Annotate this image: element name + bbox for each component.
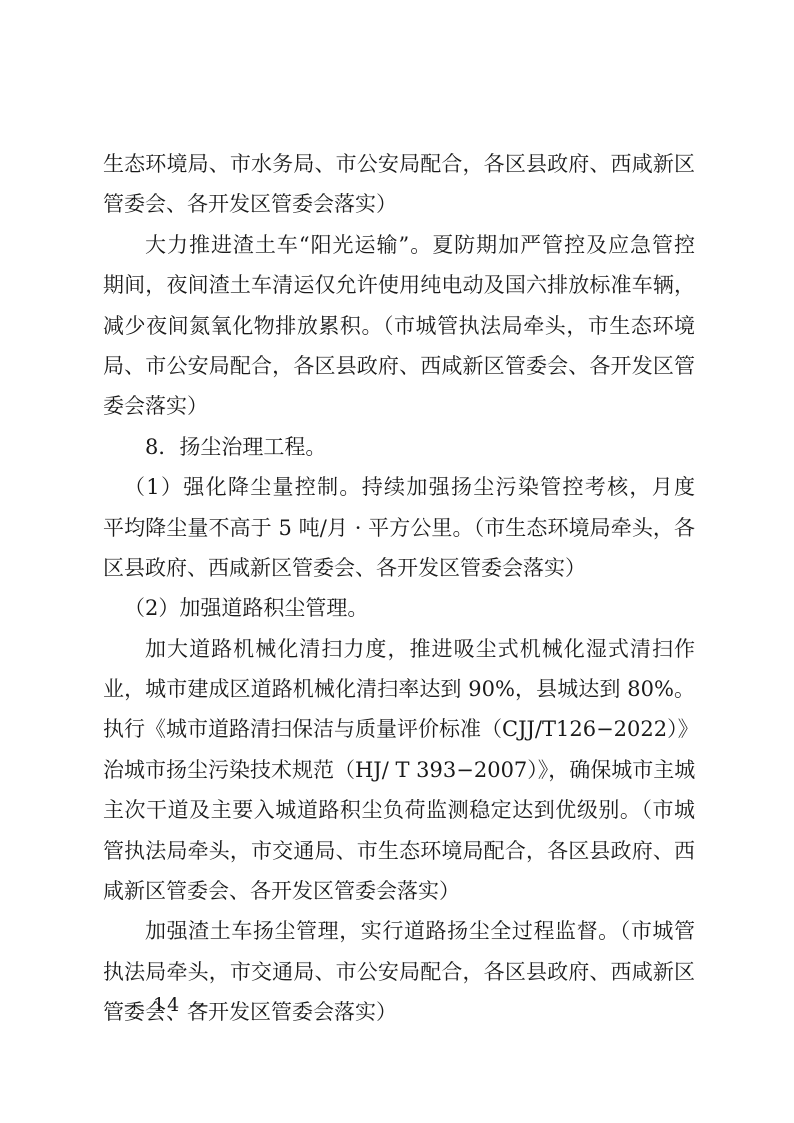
text-line: 执法局牵头，市交通局、市公安局配合，各区县政府、西咸新区	[103, 952, 695, 992]
text-line: 业，城市建成区道路机械化清扫率达到 90%，县城达到 80%。	[103, 669, 695, 709]
paragraph-item-1: （1）强化降尘量控制。持续加强扬尘污染管控考核，月度 平均降尘量不高于 5 吨/…	[103, 467, 695, 588]
text-line: 平均降尘量不高于 5 吨/月 · 平方公里。（市生态环境局牵头，各	[103, 508, 695, 548]
text-line: 委会落实）	[103, 386, 695, 426]
text-line: 区县政府、西咸新区管委会、各开发区管委会落实）	[103, 548, 695, 588]
text-line: 期间，夜间渣土车清运仅允许使用纯电动及国六排放标准车辆，	[103, 265, 695, 305]
text-line: 管执法局牵头，市交通局、市生态环境局配合，各区县政府、西	[103, 831, 695, 871]
text-line: 主次干道及主要入城道路积尘负荷监测稳定达到优级别。（市城	[103, 790, 695, 830]
page-number: — 14 —	[124, 994, 210, 1016]
subheading-text: （2）加强道路积尘管理。	[103, 588, 695, 628]
paragraph-road-cleaning: 加大道路机械化清扫力度，推进吸尘式机械化湿式清扫作 业，城市建成区道路机械化清扫…	[103, 629, 695, 912]
text-line: 生态环境局、市水务局、市公安局配合，各区县政府、西咸新区	[103, 144, 695, 184]
section-heading: 8．扬尘治理工程。	[103, 427, 695, 467]
text-line: （1）强化降尘量控制。持续加强扬尘污染管控考核，月度	[103, 467, 695, 507]
document-page: 生态环境局、市水务局、市公安局配合，各区县政府、西咸新区 管委会、各开发区管委会…	[103, 144, 695, 1033]
text-line: 咸新区管委会、各开发区管委会落实）	[103, 871, 695, 911]
paragraph-sunshine-transport: 大力推进渣土车“阳光运输”。夏防期加严管控及应急管控 期间，夜间渣土车清运仅允许…	[103, 225, 695, 427]
paragraph-continuation: 生态环境局、市水务局、市公安局配合，各区县政府、西咸新区 管委会、各开发区管委会…	[103, 144, 695, 225]
paragraph-item-2: （2）加强道路积尘管理。	[103, 588, 695, 628]
text-line: 加强渣土车扬尘管理，实行道路扬尘全过程监督。（市城管	[103, 911, 695, 951]
heading-text: 8．扬尘治理工程。	[103, 427, 695, 467]
text-line: 治城市扬尘污染技术规范（HJ/ T 393−2007）》，确保城市主城区	[103, 750, 695, 790]
text-line: 执行《城市道路清扫保洁与质量评价标准（CJJ/T126−2022）》《防	[103, 709, 695, 749]
text-line: 局、市公安局配合，各区县政府、西咸新区管委会、各开发区管	[103, 346, 695, 386]
text-line: 加大道路机械化清扫力度，推进吸尘式机械化湿式清扫作	[103, 629, 695, 669]
text-line: 大力推进渣土车“阳光运输”。夏防期加严管控及应急管控	[103, 225, 695, 265]
text-line: 减少夜间氮氧化物排放累积。（市城管执法局牵头，市生态环境	[103, 306, 695, 346]
text-line: 管委会、各开发区管委会落实）	[103, 184, 695, 224]
